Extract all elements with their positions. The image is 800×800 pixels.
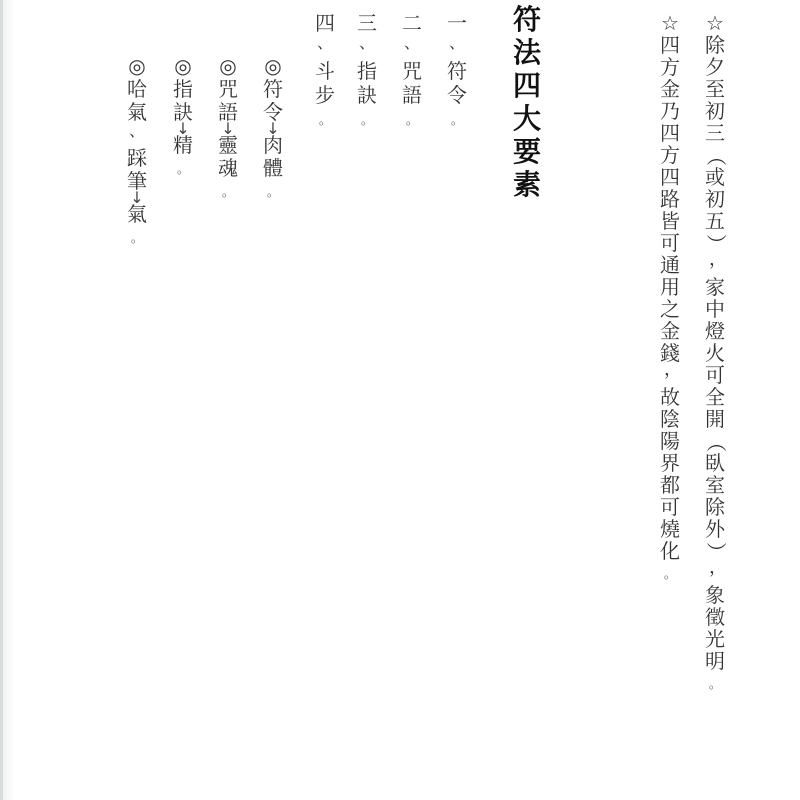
character: 故	[658, 387, 682, 409]
section-title: 符法四大要素	[511, 6, 543, 204]
character: 方	[658, 57, 682, 79]
punctuation: 。	[125, 227, 149, 250]
parenthesis: （	[704, 144, 726, 168]
character: 外	[703, 519, 727, 541]
character: 家	[703, 277, 727, 299]
character: 光	[703, 629, 727, 651]
character: 咒	[216, 79, 240, 102]
double-circle-bullet-icon: ◎	[125, 56, 149, 79]
character: 哈	[125, 79, 149, 102]
character: 室	[703, 475, 727, 497]
page-edge-shadow	[3, 0, 15, 800]
list-item-2: 二、咒語。	[400, 13, 424, 133]
character: 除	[703, 35, 727, 57]
star-bullet-icon: ☆	[658, 13, 682, 35]
punctuation: 、	[125, 125, 149, 148]
character: 明	[703, 651, 727, 673]
character: 之	[658, 299, 682, 321]
character: 方	[658, 145, 682, 167]
punctuation: 。	[658, 563, 682, 585]
character: 化	[658, 541, 682, 563]
character: 用	[658, 277, 682, 299]
list-item-1: 一、符令。	[445, 13, 469, 133]
note-column-1: ☆除夕至初三（或初五），家中燈火可全開（臥室除外），象徵光明。	[703, 13, 727, 695]
punctuation: 。	[171, 158, 195, 181]
double-circle-bullet-icon: ◎	[261, 56, 285, 79]
character: 路	[658, 189, 682, 211]
punctuation: 、	[313, 37, 337, 61]
character: 體	[261, 158, 285, 181]
character: 素	[511, 171, 543, 204]
double-circle-bullet-icon: ◎	[216, 56, 240, 79]
character: 皆	[658, 211, 682, 233]
character: 都	[658, 475, 682, 497]
character: 或	[703, 167, 727, 189]
punctuation: 。	[355, 109, 379, 133]
punctuation: 。	[703, 673, 727, 695]
character: 符	[511, 6, 543, 39]
character: 令	[445, 85, 469, 109]
mapping-item-2: ◎咒語↓靈魂。	[216, 56, 240, 204]
punctuation: ，	[703, 255, 727, 277]
character: 五	[703, 211, 727, 233]
punctuation: 。	[261, 181, 285, 204]
punctuation: ，	[703, 563, 727, 585]
punctuation: 。	[400, 109, 424, 133]
character: 指	[355, 61, 379, 85]
character: 中	[703, 299, 727, 321]
character: 初	[703, 101, 727, 123]
character: 氣	[125, 204, 149, 227]
character: 可	[703, 365, 727, 387]
punctuation: ，	[658, 365, 682, 387]
punctuation: 、	[445, 37, 469, 61]
mapping-item-3: ◎指訣↓精。	[171, 56, 195, 181]
character: 徵	[703, 607, 727, 629]
punctuation: 。	[216, 181, 240, 204]
mapping-item-4: ◎哈氣、踩筆↓氣。	[125, 56, 149, 250]
character: 通	[658, 255, 682, 277]
character: 陽	[658, 431, 682, 453]
character: 大	[511, 105, 543, 138]
character: 四	[511, 72, 543, 105]
character: 陰	[658, 409, 682, 431]
character: 臥	[703, 453, 727, 475]
character: 肉	[261, 135, 285, 158]
list-item-3: 三、指訣。	[355, 13, 379, 133]
character: 四	[658, 123, 682, 145]
parenthesis: ）	[704, 540, 726, 564]
character: 可	[658, 497, 682, 519]
character: 象	[703, 585, 727, 607]
character: 三	[703, 123, 727, 145]
character: 火	[703, 343, 727, 365]
character: 可	[658, 233, 682, 255]
character: 精	[171, 135, 195, 158]
punctuation: 。	[445, 109, 469, 133]
punctuation: 、	[355, 37, 379, 61]
character: 燈	[703, 321, 727, 343]
character: 全	[703, 387, 727, 409]
character: 語	[400, 85, 424, 109]
star-bullet-icon: ☆	[703, 13, 727, 35]
character: 靈	[216, 135, 240, 158]
character: 除	[703, 497, 727, 519]
character: 咒	[400, 61, 424, 85]
character: 四	[658, 167, 682, 189]
character: 金	[658, 79, 682, 101]
character: 魂	[216, 158, 240, 181]
punctuation: 、	[400, 37, 424, 61]
character: 初	[703, 189, 727, 211]
punctuation: 。	[313, 109, 337, 133]
parenthesis: ）	[704, 232, 726, 256]
character: 指	[171, 79, 195, 102]
character: 踩	[125, 148, 149, 171]
character: 乃	[658, 101, 682, 123]
character: 要	[511, 138, 543, 171]
character: 步	[313, 85, 337, 109]
note-column-2: ☆四方金乃四方四路皆可通用之金錢，故陰陽界都可燒化。	[658, 13, 682, 585]
character: 開	[703, 409, 727, 431]
parenthesis: （	[704, 430, 726, 454]
mapping-item-1: ◎符令↓肉體。	[261, 56, 285, 204]
character: 符	[261, 79, 285, 102]
character: 夕	[703, 57, 727, 79]
character: 斗	[313, 61, 337, 85]
character: 符	[445, 61, 469, 85]
character: 至	[703, 79, 727, 101]
double-circle-bullet-icon: ◎	[171, 56, 195, 79]
character: 訣	[355, 85, 379, 109]
character: 四	[658, 35, 682, 57]
character: 界	[658, 453, 682, 475]
character: 燒	[658, 519, 682, 541]
list-item-4: 四、斗步。	[313, 13, 337, 133]
character: 法	[511, 39, 543, 72]
character: 金	[658, 321, 682, 343]
